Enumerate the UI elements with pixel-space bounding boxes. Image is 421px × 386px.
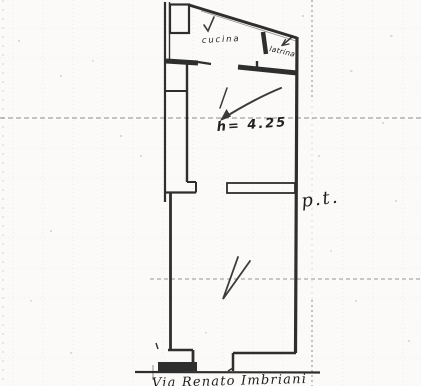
latrine-label: latrina — [269, 44, 297, 59]
kitchen-label: cucina — [202, 34, 241, 46]
grid-dark-lines — [0, 0, 421, 386]
lower-room-check-mark — [223, 257, 250, 299]
street-name-label: Via Renato Imbriani — [152, 372, 308, 386]
graph-paper-grid — [0, 0, 421, 386]
floor-plan-svg: cucina latrina h= 4.25 p.t. Via Renato I… — [0, 0, 421, 386]
annotation-marks — [204, 17, 292, 299]
scan-noise — [18, 15, 410, 354]
scanned-floor-plan-document: cucina latrina h= 4.25 p.t. Via Renato I… — [0, 0, 421, 386]
floor-level-label: p.t. — [300, 186, 340, 211]
kitchen-tick-mark — [204, 17, 214, 31]
